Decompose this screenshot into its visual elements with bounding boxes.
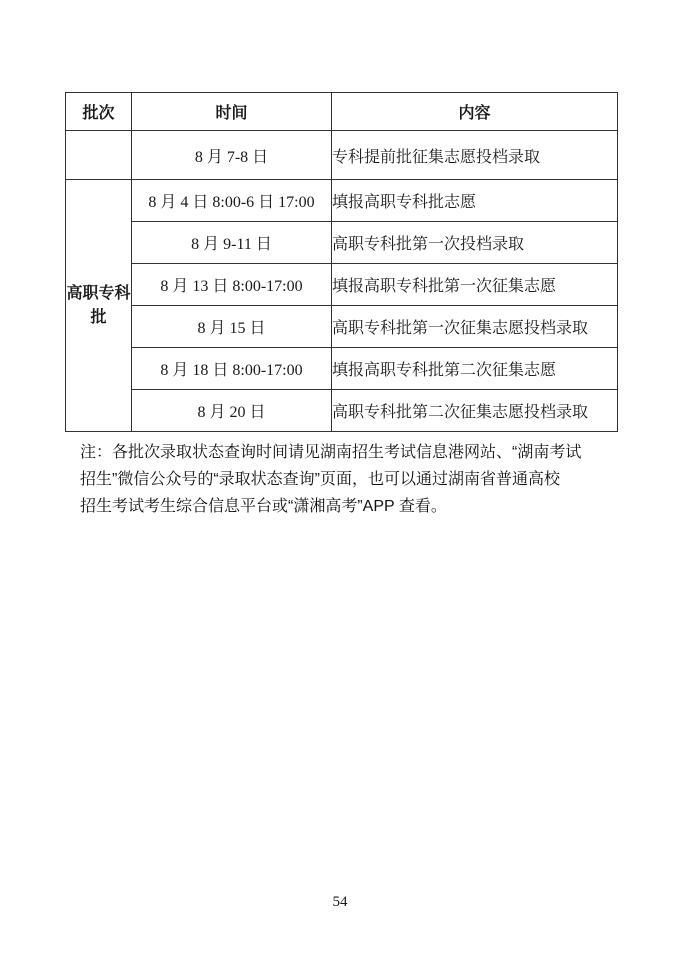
- page-number: 54: [0, 894, 680, 911]
- content-cell: 高职专科批第一次征集志愿投档录取: [332, 306, 618, 348]
- table-row: 高职专科批 8 月 4 日 8:00-6 日 17:00 填报高职专科批志愿: [66, 180, 618, 222]
- time-cell: 8 月 13 日 8:00-17:00: [132, 264, 332, 306]
- table-row: 8 月 13 日 8:00-17:00 填报高职专科批第一次征集志愿: [66, 264, 618, 306]
- content-cell: 填报高职专科批第二次征集志愿: [332, 348, 618, 390]
- table-row: 8 月 9-11 日 高职专科批第一次投档录取: [66, 222, 618, 264]
- time-cell: 8 月 18 日 8:00-17:00: [132, 348, 332, 390]
- batch-cell-empty: [66, 131, 132, 180]
- table-header-row: 批次 时间 内容: [66, 93, 618, 131]
- table-row: 8 月 7-8 日 专科提前批征集志愿投档录取: [66, 131, 618, 180]
- time-cell: 8 月 15 日: [132, 306, 332, 348]
- batch-cell-gaozhi-zhuanke: 高职专科批: [66, 180, 132, 432]
- header-batch: 批次: [66, 93, 132, 131]
- content-cell: 高职专科批第二次征集志愿投档录取: [332, 390, 618, 432]
- document-page: 批次 时间 内容 8 月 7-8 日 专科提前批征集志愿投档录取 高职专科批 8…: [0, 0, 680, 965]
- time-cell: 8 月 7-8 日: [132, 131, 332, 180]
- table-row: 8 月 18 日 8:00-17:00 填报高职专科批第二次征集志愿: [66, 348, 618, 390]
- table-row: 8 月 15 日 高职专科批第一次征集志愿投档录取: [66, 306, 618, 348]
- note-line: 招生考试考生综合信息平台或“潇湘高考”APP 查看。: [80, 493, 602, 520]
- table-row: 8 月 20 日 高职专科批第二次征集志愿投档录取: [66, 390, 618, 432]
- content-cell: 高职专科批第一次投档录取: [332, 222, 618, 264]
- content-cell: 填报高职专科批志愿: [332, 180, 618, 222]
- note-paragraph: 注：各批次录取状态查询时间请见湖南招生考试信息港网站、“湖南考试 招生”微信公众…: [80, 439, 602, 520]
- note-line: 注：各批次录取状态查询时间请见湖南招生考试信息港网站、“湖南考试: [80, 439, 602, 466]
- header-time: 时间: [132, 93, 332, 131]
- time-cell: 8 月 9-11 日: [132, 222, 332, 264]
- note-line: 招生”微信公众号的“录取状态查询”页面，也可以通过湖南省普通高校: [80, 466, 602, 493]
- header-content: 内容: [332, 93, 618, 131]
- schedule-table: 批次 时间 内容 8 月 7-8 日 专科提前批征集志愿投档录取 高职专科批 8…: [65, 92, 618, 432]
- time-cell: 8 月 20 日: [132, 390, 332, 432]
- content-cell: 填报高职专科批第一次征集志愿: [332, 264, 618, 306]
- time-cell: 8 月 4 日 8:00-6 日 17:00: [132, 180, 332, 222]
- content-cell: 专科提前批征集志愿投档录取: [332, 131, 618, 180]
